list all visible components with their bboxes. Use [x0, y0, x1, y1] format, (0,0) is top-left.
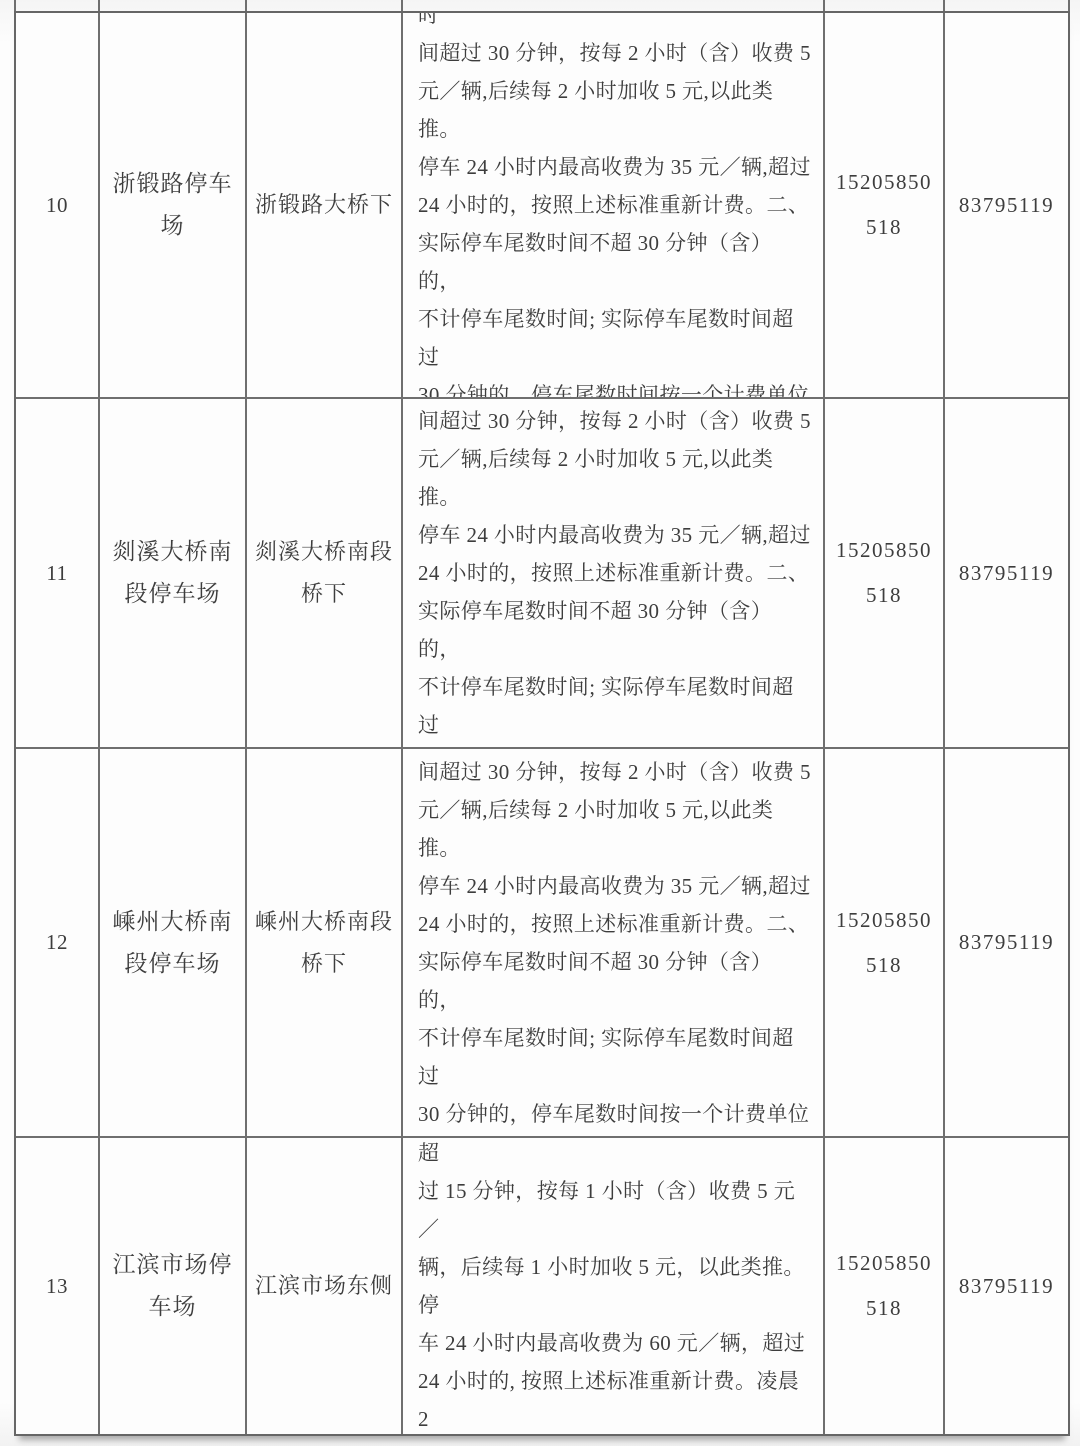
contact-mobile: 15205850 518: [823, 399, 943, 747]
contact-landline: 83795119: [943, 399, 1068, 747]
table-body: 10 浙锻路停车 场 浙锻路大桥下 一、免费停放时间为 30 分钟（含）; 停放…: [14, 11, 1070, 1436]
table-row: 10 浙锻路停车 场 浙锻路大桥下 一、免费停放时间为 30 分钟（含）; 停放…: [16, 13, 1068, 397]
parking-lot-name: 浙锻路停车 场: [98, 13, 245, 397]
parking-fee-table: 10 浙锻路停车 场 浙锻路大桥下 一、免费停放时间为 30 分钟（含）; 停放…: [14, 0, 1070, 1436]
fee-policy-text: 免费停放时间为 15 分钟（含）; 停放时间超 过 15 分钟，按每 1 小时（…: [401, 1138, 823, 1434]
parking-lot-location: 浙锻路大桥下: [245, 13, 401, 397]
previous-row-cut-off: [14, 0, 1070, 11]
parking-lot-location: 江滨市场东侧: [245, 1138, 401, 1434]
table-row: 13 江滨市场停 车场 江滨市场东侧 免费停放时间为 15 分钟（含）; 停放时…: [16, 1136, 1068, 1434]
parking-lot-name: 剡溪大桥南 段停车场: [98, 399, 245, 747]
row-index: 12: [16, 749, 98, 1136]
scanned-document-page: 10 浙锻路停车 场 浙锻路大桥下 一、免费停放时间为 30 分钟（含）; 停放…: [0, 0, 1080, 1446]
contact-landline: 83795119: [943, 1138, 1068, 1434]
row-index: 13: [16, 1138, 98, 1434]
parking-lot-location: 剡溪大桥南段 桥下: [245, 399, 401, 747]
contact-mobile: 15205850 518: [823, 13, 943, 397]
parking-lot-name: 江滨市场停 车场: [98, 1138, 245, 1434]
table-row: 11 剡溪大桥南 段停车场 剡溪大桥南段 桥下 一、免费停放时间为 30 分钟（…: [16, 397, 1068, 747]
contact-mobile: 15205850 518: [823, 1138, 943, 1434]
fee-policy-text: 一、免费停放时间为 30 分钟（含）; 停放时 间超过 30 分钟，按每 2 小…: [401, 13, 823, 397]
fee-policy-text: 一、免费停放时间为 30 分钟（含）; 停放时 间超过 30 分钟，按每 2 小…: [401, 399, 823, 747]
contact-mobile: 15205850 518: [823, 749, 943, 1136]
parking-lot-name: 嵊州大桥南 段停车场: [98, 749, 245, 1136]
contact-landline: 83795119: [943, 749, 1068, 1136]
row-index: 11: [16, 399, 98, 747]
fee-policy-text: 一、免费停放时间为 30 分钟（含）; 停放时 间超过 30 分钟，按每 2 小…: [401, 749, 823, 1136]
contact-landline: 83795119: [943, 13, 1068, 397]
table-row: 12 嵊州大桥南 段停车场 嵊州大桥南段 桥下 一、免费停放时间为 30 分钟（…: [16, 747, 1068, 1136]
row-index: 10: [16, 13, 98, 397]
parking-lot-location: 嵊州大桥南段 桥下: [245, 749, 401, 1136]
